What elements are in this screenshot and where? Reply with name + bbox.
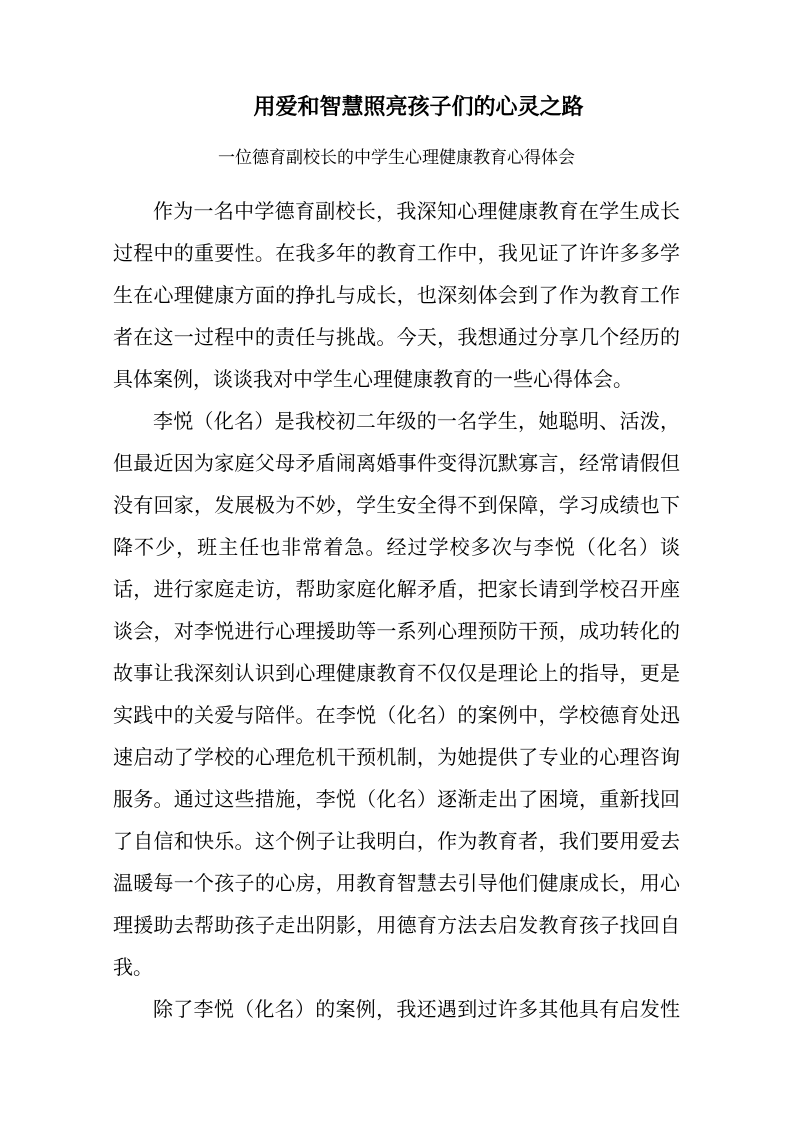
paragraph: 除了李悦（化名）的案例，我还遇到过许多其他具有启发性的情况。比如，有一位学生因为… — [113, 989, 680, 1031]
page-subtitle: 一位德育副校长的中学生心理健康教育心得体会 — [113, 148, 680, 168]
page-title: 用爱和智慧照亮孩子们的心灵之路 — [113, 92, 680, 122]
document-page: 用爱和智慧照亮孩子们的心灵之路 一位德育副校长的中学生心理健康教育心得体会 作为… — [0, 0, 793, 1122]
paragraph: 作为一名中学德育副校长，我深知心理健康教育在学生成长过程中的重要性。在我多年的教… — [113, 191, 680, 401]
document-body: 作为一名中学德育副校长，我深知心理健康教育在学生成长过程中的重要性。在我多年的教… — [113, 191, 680, 1031]
paragraph: 李悦（化名）是我校初二年级的一名学生，她聪明、活泼，但最近因为家庭父母矛盾闹离婚… — [113, 401, 680, 989]
